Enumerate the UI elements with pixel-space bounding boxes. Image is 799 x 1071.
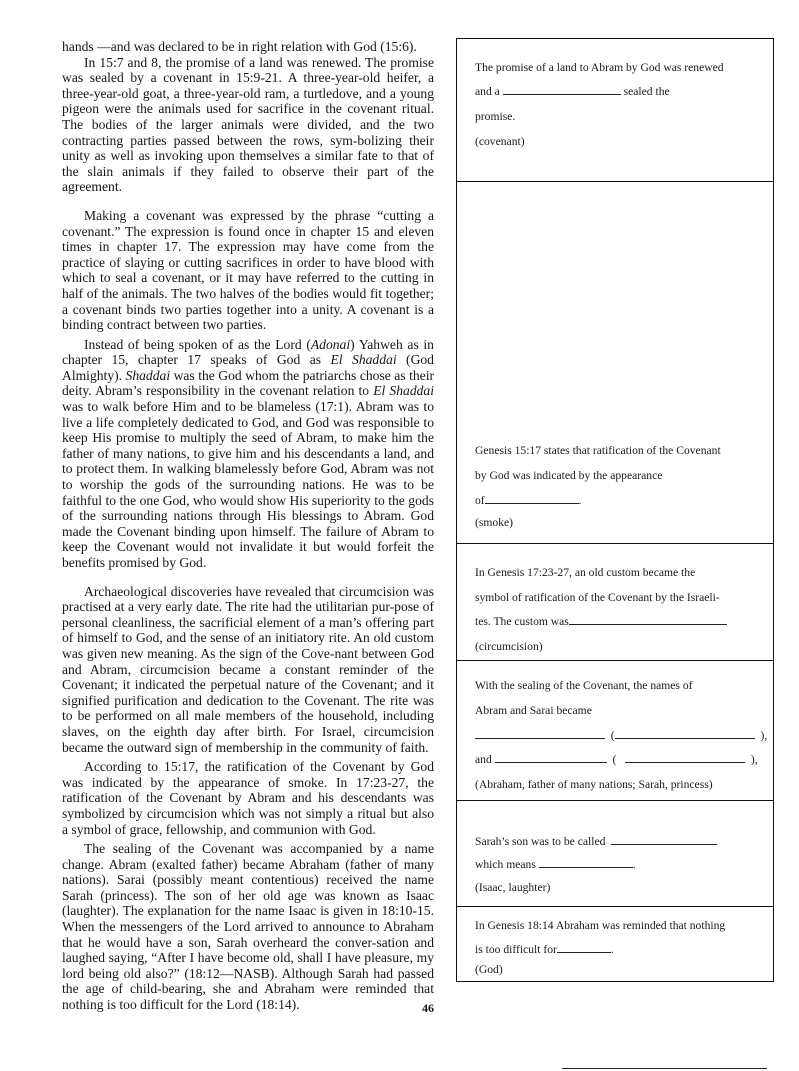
frame-text: which means . (475, 858, 636, 871)
answer-blank[interactable] (557, 943, 611, 953)
frame-answer: (smoke) (475, 516, 513, 529)
answer-blank[interactable] (475, 729, 605, 739)
answer-blank[interactable] (503, 85, 621, 95)
frame-text: In Genesis 18:14 Abraham was reminded th… (475, 919, 725, 932)
frame-text: symbol of ratification of the Covenant b… (475, 591, 720, 604)
frame-name-change: With the sealing of the Covenant, the na… (457, 661, 773, 801)
italic-term: Shaddai (126, 368, 171, 383)
answer-blank[interactable] (539, 858, 633, 868)
paragraph: Instead of being spoken of as the Lord (… (62, 337, 434, 571)
programmed-learning-frames: The promise of a land to Abram by God wa… (456, 38, 774, 982)
frame-text: In Genesis 17:23-27, an old custom becam… (475, 566, 695, 579)
frame-answer: (God) (475, 963, 503, 976)
main-text-column: hands —and was declared to be in right r… (62, 39, 434, 1013)
frame-text: The promise of a land to Abram by God wa… (475, 61, 724, 74)
frame-god: In Genesis 18:14 Abraham was reminded th… (457, 907, 773, 981)
answer-blank[interactable] (611, 835, 717, 845)
frame-answer: (circumcision) (475, 640, 543, 653)
italic-term: Adonai (311, 337, 350, 352)
answer-blank[interactable] (625, 753, 745, 763)
frame-text: tes. The custom was (475, 615, 727, 628)
answer-blank[interactable] (485, 494, 579, 504)
footer-rule (562, 1068, 767, 1069)
answer-blank[interactable] (495, 753, 607, 763)
italic-term: El Shaddai (331, 352, 397, 367)
frame-text: and ( ), (475, 753, 758, 766)
frame-text: of. (475, 494, 582, 507)
page-number: 46 (422, 1001, 434, 1016)
frame-smoke: Genesis 15:17 states that ratification o… (457, 182, 773, 544)
paragraph: In 15:7 and 8, the promise of a land was… (62, 55, 434, 195)
answer-blank[interactable] (615, 729, 755, 739)
frame-text: Genesis 15:17 states that ratification o… (475, 444, 721, 457)
paragraph: The sealing of the Covenant was accompan… (62, 841, 434, 1013)
frame-text: With the sealing of the Covenant, the na… (475, 679, 693, 692)
frame-answer: (covenant) (475, 135, 525, 148)
frame-text: ( ), (475, 729, 767, 742)
frame-text: and a sealed the (475, 85, 670, 98)
paragraph: Making a covenant was expressed by the p… (62, 208, 434, 333)
frame-text: is too difficult for. (475, 943, 614, 956)
frame-text: promise. (475, 110, 515, 123)
frame-covenant: The promise of a land to Abram by God wa… (457, 39, 773, 182)
paragraph: hands —and was declared to be in right r… (62, 39, 434, 55)
frame-isaac: Sarah’s son was to be called which means… (457, 801, 773, 907)
italic-term: El Shaddai (373, 383, 434, 398)
paragraph: According to 15:17, the ratification of … (62, 759, 434, 837)
frame-circumcision: In Genesis 17:23-27, an old custom becam… (457, 544, 773, 661)
frame-answer: (Abraham, father of many nations; Sarah,… (475, 778, 713, 791)
answer-blank[interactable] (569, 615, 727, 625)
frame-text: Abram and Sarai became (475, 704, 592, 717)
paragraph: Archaeological discoveries have revealed… (62, 584, 434, 756)
frame-text: Sarah’s son was to be called (475, 835, 717, 848)
frame-text: by God was indicated by the appearance (475, 469, 662, 482)
frame-answer: (Isaac, laughter) (475, 881, 550, 894)
